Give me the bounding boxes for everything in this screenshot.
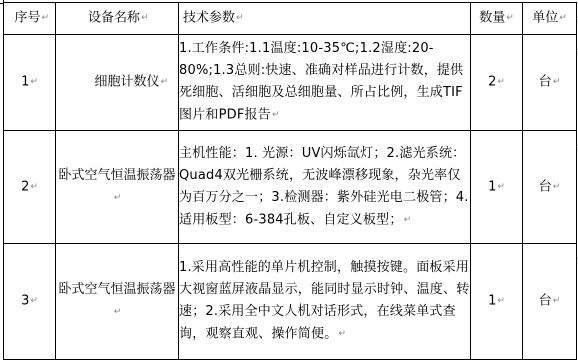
cell-name: 卧式空气恒温振荡器↵ (56, 131, 179, 244)
paragraph-mark-icon: ↵ (41, 13, 49, 23)
paragraph-mark-icon: ↵ (338, 329, 346, 339)
paragraph-mark-icon: ↵ (114, 193, 122, 203)
header-qty-label: 数量 (479, 11, 505, 26)
tech-params: 1.采用高性能的单片机控制，触摸按键。面板采用大视窗蓝屏液晶显示，能同时显示时钟… (179, 260, 469, 342)
cell-unit: 台↵ (523, 35, 577, 131)
paragraph-mark-icon: ↵ (553, 296, 561, 306)
qty-value: 2 (488, 75, 496, 90)
cell-qty: 1↵ (471, 131, 523, 244)
paragraph-mark-icon: ↵ (497, 296, 505, 306)
paragraph-mark-icon: ↵ (553, 182, 561, 192)
cell-seq: 3↵ (4, 244, 56, 360)
unit-value: 台 (539, 179, 552, 194)
paragraph-mark-icon: ↵ (114, 307, 122, 317)
unit-value: 台 (539, 294, 552, 309)
paragraph-mark-icon: ↵ (553, 77, 561, 87)
equipment-spec-table: 序号↵ 设备名称↵ 技术参数↵ 数量↵ 单位↵ 1↵ 细胞计数仪↵ 1.工作条件… (3, 2, 577, 360)
tech-params: 1.工作条件:1.1温度:10-35℃;1.2湿度:20-80%;1.3总则:快… (179, 41, 463, 123)
equipment-name: 卧式空气恒温振荡器 (58, 168, 175, 183)
table-row: 2↵ 卧式空气恒温振荡器↵ 主机性能：1. 光源：UV闪烁氙灯；2.滤光系统：Q… (4, 131, 577, 244)
paragraph-mark-icon: ↵ (404, 215, 412, 225)
header-name-label: 设备名称 (88, 11, 140, 26)
header-unit-label: 单位 (532, 11, 558, 26)
paragraph-mark-icon: ↵ (497, 77, 505, 87)
paragraph-mark-icon: ↵ (497, 182, 505, 192)
cell-seq: 1↵ (4, 35, 56, 131)
header-qty: 数量↵ (471, 3, 523, 35)
paragraph-mark-icon: ↵ (559, 13, 567, 23)
qty-value: 1 (488, 294, 496, 309)
header-row: 序号↵ 设备名称↵ 技术参数↵ 数量↵ 单位↵ (4, 3, 577, 35)
paragraph-mark-icon: ↵ (30, 296, 38, 306)
seq-value: 2 (21, 179, 29, 194)
header-tech: 技术参数↵ (179, 3, 471, 35)
cell-tech: 主机性能：1. 光源：UV闪烁氙灯；2.滤光系统：Quad4双光栅系统，无波峰漂… (179, 131, 471, 244)
paragraph-mark-icon: ↵ (236, 13, 244, 23)
tech-params: 主机性能：1. 光源：UV闪烁氙灯；2.滤光系统：Quad4双光栅系统，无波峰漂… (179, 146, 469, 228)
qty-value: 1 (488, 179, 496, 194)
cell-name: 细胞计数仪↵ (56, 35, 179, 131)
equipment-name: 细胞计数仪 (94, 75, 159, 90)
header-seq-label: 序号 (14, 11, 40, 26)
paragraph-mark-icon: ↵ (272, 110, 280, 120)
cell-qty: 2↵ (471, 35, 523, 131)
cell-seq: 2↵ (4, 131, 56, 244)
paragraph-mark-icon: ↵ (30, 77, 38, 87)
header-tech-label: 技术参数 (183, 11, 235, 26)
cell-qty: 1↵ (471, 244, 523, 360)
seq-value: 3 (21, 294, 29, 309)
equipment-name: 卧式空气恒温振荡器 (58, 282, 175, 297)
header-seq: 序号↵ (4, 3, 56, 35)
header-name: 设备名称↵ (56, 3, 179, 35)
paragraph-mark-icon: ↵ (160, 77, 168, 87)
header-unit: 单位↵ (523, 3, 577, 35)
table-row: 3↵ 卧式空气恒温振荡器↵ 1.采用高性能的单片机控制，触摸按键。面板采用大视窗… (4, 244, 577, 360)
paragraph-mark-icon: ↵ (30, 182, 38, 192)
cell-name: 卧式空气恒温振荡器↵ (56, 244, 179, 360)
cell-unit: 台↵ (523, 131, 577, 244)
paragraph-mark-icon: ↵ (506, 13, 514, 23)
unit-value: 台 (539, 75, 552, 90)
seq-value: 1 (21, 75, 29, 90)
paragraph-mark-icon: ↵ (141, 13, 149, 23)
cell-tech: 1.采用高性能的单片机控制，触摸按键。面板采用大视窗蓝屏液晶显示，能同时显示时钟… (179, 244, 471, 360)
cell-unit: 台↵ (523, 244, 577, 360)
cell-tech: 1.工作条件:1.1温度:10-35℃;1.2湿度:20-80%;1.3总则:快… (179, 35, 471, 131)
table-row: 1↵ 细胞计数仪↵ 1.工作条件:1.1温度:10-35℃;1.2湿度:20-8… (4, 35, 577, 131)
